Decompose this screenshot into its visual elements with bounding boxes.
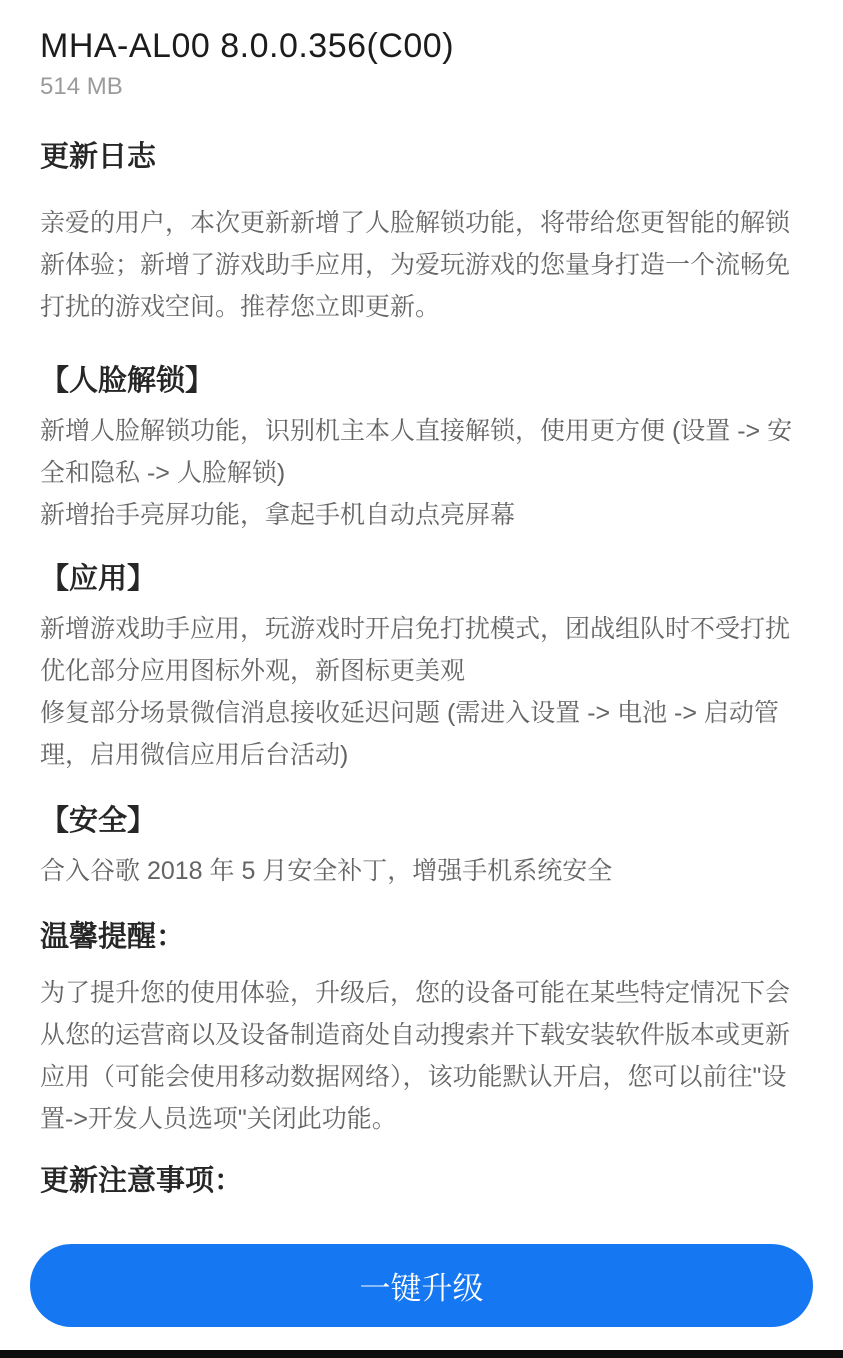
version-title: MHA-AL00 8.0.0.356(C00)	[40, 26, 803, 66]
section-title-face-unlock: 【人脸解锁】	[40, 362, 803, 400]
section-title-security: 【安全】	[40, 802, 803, 840]
changelog-item: 修复部分场景微信消息接收延迟问题 (需进入设置 -> 电池 -> 启动管理，启用…	[40, 692, 803, 776]
changelog-item: 新增游戏助手应用，玩游戏时开启免打扰模式，团战组队时不受打扰	[40, 608, 803, 650]
changelog-item: 合入谷歌 2018 年 5 月安全补丁，增强手机系统安全	[40, 850, 803, 892]
changelog-item: 优化部分应用图标外观，新图标更美观	[40, 650, 803, 692]
section-security: 【安全】 合入谷歌 2018 年 5 月安全补丁，增强手机系统安全	[40, 802, 803, 892]
bottom-bar	[0, 1350, 843, 1358]
notice-body: 为了提升您的使用体验，升级后，您的设备可能在某些特定情况下会从您的运营商以及设备…	[40, 972, 803, 1140]
update-notes-heading: 更新注意事项：	[40, 1162, 803, 1200]
notice-heading: 温馨提醒：	[40, 918, 803, 956]
one-click-upgrade-button[interactable]: 一键升级	[30, 1244, 813, 1327]
changelog-heading: 更新日志	[40, 138, 803, 176]
section-title-apps: 【应用】	[40, 560, 803, 598]
section-body-face-unlock: 新增人脸解锁功能，识别机主本人直接解锁，使用更方便 (设置 -> 安全和隐私 -…	[40, 410, 803, 536]
changelog-intro: 亲爱的用户，本次更新新增了人脸解锁功能，将带给您更智能的解锁新体验；新增了游戏助…	[40, 202, 803, 328]
section-apps: 【应用】 新增游戏助手应用，玩游戏时开启免打扰模式，团战组队时不受打扰 优化部分…	[40, 560, 803, 776]
section-body-apps: 新增游戏助手应用，玩游戏时开启免打扰模式，团战组队时不受打扰 优化部分应用图标外…	[40, 608, 803, 776]
changelog-item: 新增人脸解锁功能，识别机主本人直接解锁，使用更方便 (设置 -> 安全和隐私 -…	[40, 410, 803, 494]
section-body-security: 合入谷歌 2018 年 5 月安全补丁，增强手机系统安全	[40, 850, 803, 892]
changelog-item: 新增抬手亮屏功能，拿起手机自动点亮屏幕	[40, 494, 803, 536]
system-update-screen: MHA-AL00 8.0.0.356(C00) 514 MB 更新日志 亲爱的用…	[0, 0, 843, 1358]
package-size: 514 MB	[40, 72, 803, 102]
update-header: MHA-AL00 8.0.0.356(C00) 514 MB	[40, 26, 803, 102]
section-face-unlock: 【人脸解锁】 新增人脸解锁功能，识别机主本人直接解锁，使用更方便 (设置 -> …	[40, 362, 803, 536]
